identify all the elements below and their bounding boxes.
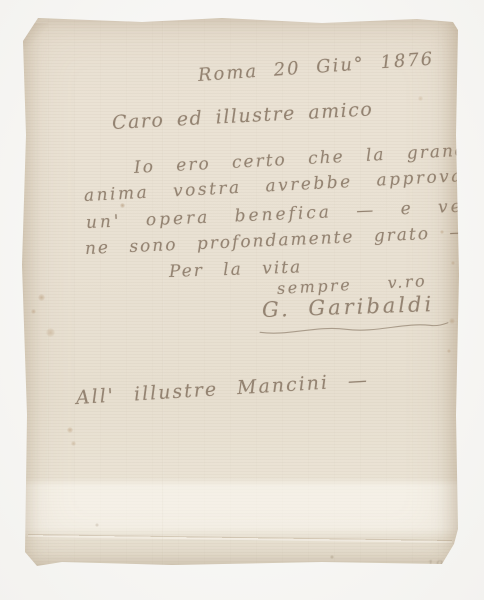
paper-fold-band (22, 478, 459, 538)
foxing-spot (330, 555, 334, 559)
pencil-corner-mark: 1932 (427, 557, 463, 571)
foxing-spot (38, 294, 45, 301)
foxing-spot (46, 328, 55, 337)
letter-dateline: Roma 20 Giu° 1876 (197, 49, 435, 86)
letter-scan: Roma 20 Giu° 1876 Caro ed illustre amico… (0, 0, 484, 600)
foxing-spot (31, 309, 36, 314)
foxing-spot (451, 261, 455, 265)
letter-address-line: All' illustre Mancini — (75, 369, 369, 409)
foxing-spot (71, 441, 76, 446)
foxing-spot (418, 96, 423, 101)
foxing-spot (447, 349, 451, 353)
paper-corner-fold (22, 23, 48, 49)
foxing-spot (67, 427, 73, 433)
letter-signature: G. Garibaldi (262, 292, 435, 322)
letter-paper-sheet: Roma 20 Giu° 1876 Caro ed illustre amico… (22, 15, 459, 566)
paper-vertical-crease (162, 15, 164, 566)
letter-salutation: Caro ed illustre amico (111, 98, 373, 134)
